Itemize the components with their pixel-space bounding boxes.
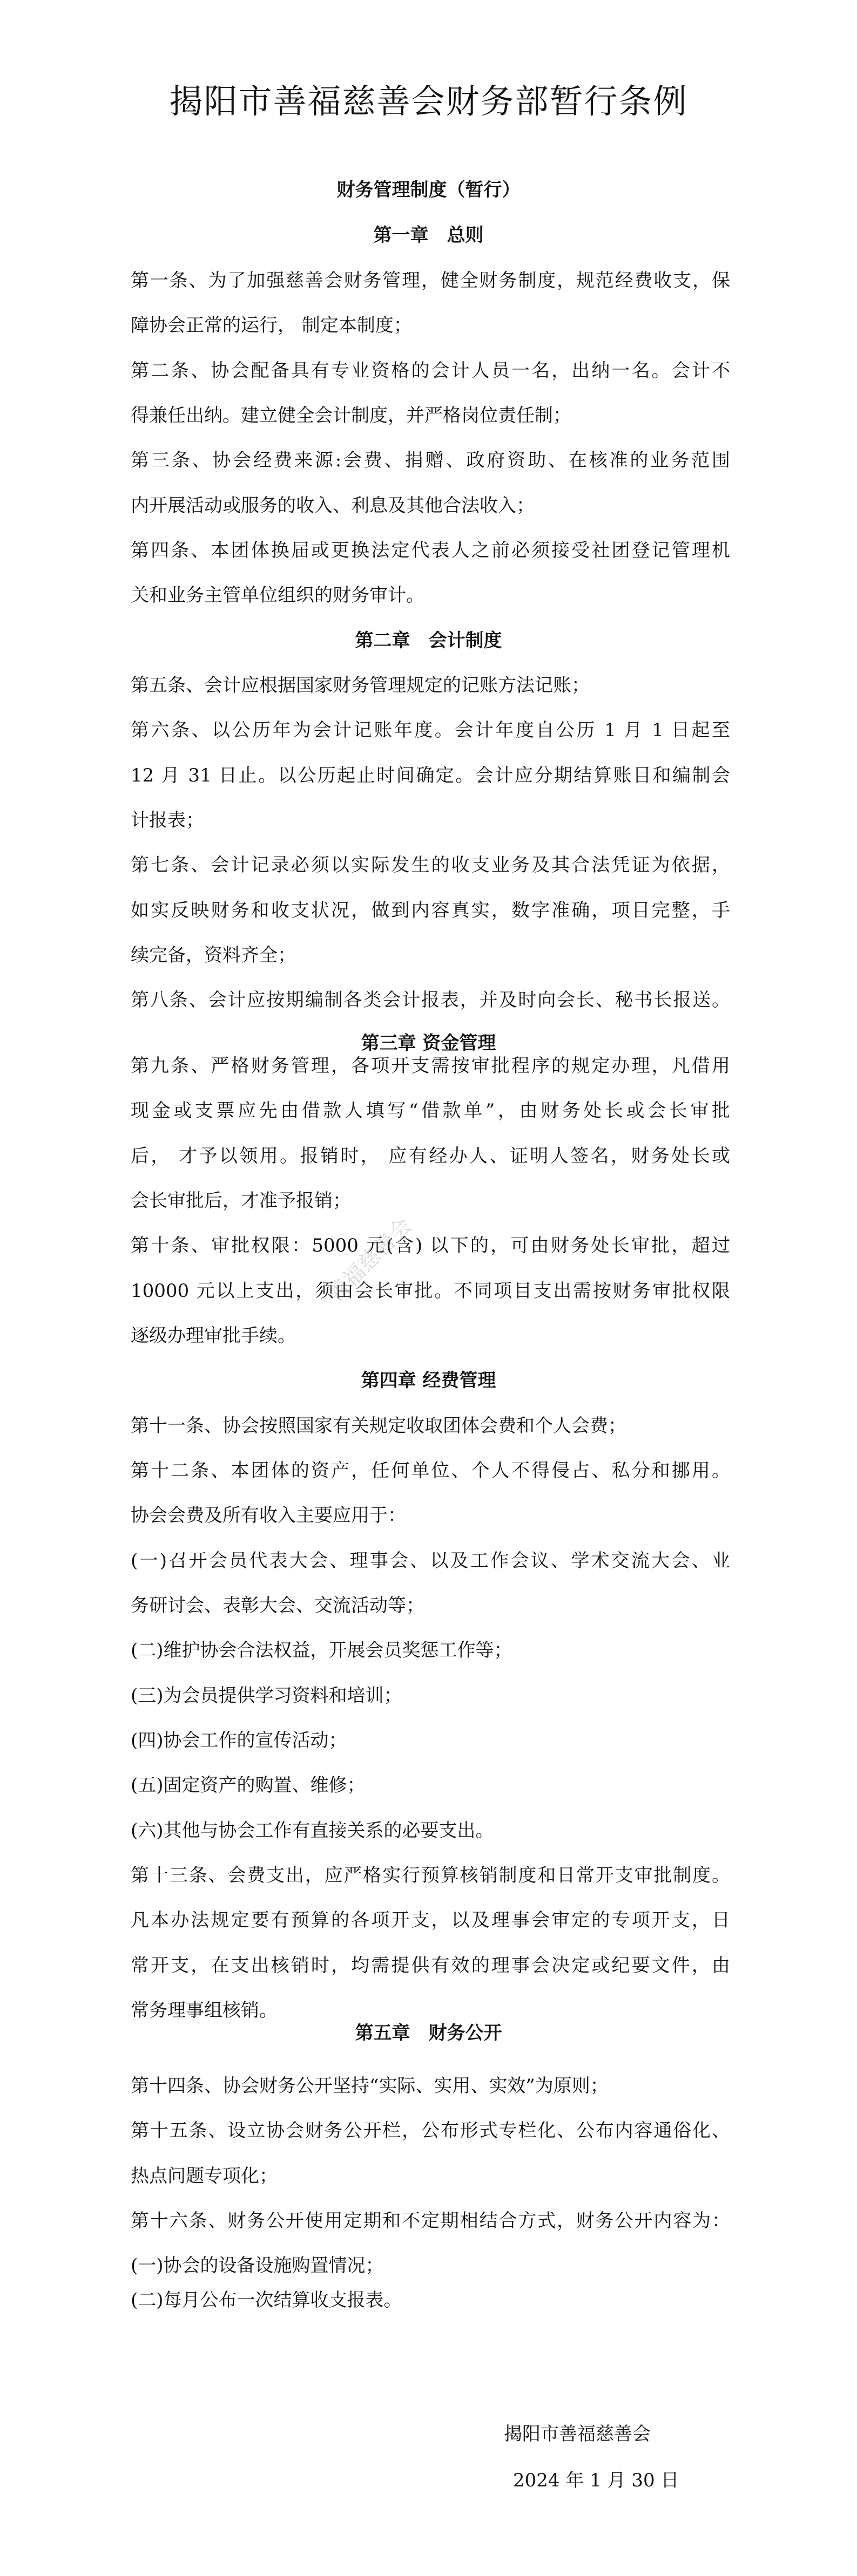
- article-14-line-1: 第十四条、协会财务公开坚持“实际、实用、实效”为原则；: [131, 2074, 730, 2098]
- article-13-line-2: 凡本办法规定要有预算的各项开支，以及理事会审定的专项开支，日: [131, 1908, 730, 1932]
- chapter-1-heading: 第一章 总则: [0, 223, 857, 247]
- article-3-line-1: 第三条、协会经费来源:会费、捐赠、政府资助、在核准的业务范围: [131, 448, 730, 472]
- usage-item-1-line-2: 务研讨会、表彰大会、交流活动等；: [131, 1594, 730, 1617]
- article-13-line-3: 常开支，在支出核销时，均需提供有效的理事会决定或纪要文件，由: [131, 1954, 730, 1977]
- article-6-line-3: 计报表；: [131, 808, 730, 832]
- article-13-line-4: 常务理事组核销。: [131, 1999, 730, 2022]
- article-13-line-1: 第十三条、会费支出，应严格实行预算核销制度和日常开支审批制度。: [131, 1864, 730, 1887]
- article-9-line-1: 第九条、严格财务管理，各项开支需按审批程序的规定办理，凡借用: [131, 1054, 730, 1078]
- article-12-line-1: 第十二条、本团体的资产，任何单位、个人不得侵占、私分和挪用。: [131, 1459, 730, 1483]
- document-subtitle: 财务管理制度（暂行）: [0, 178, 857, 202]
- article-11-line-1: 第十一条、协会按照国家有关规定收取团体会费和个人会费；: [131, 1414, 730, 1438]
- article-10-line-1: 第十条、审批权限：5000 元(含) 以下的，可由财务处长审批，超过: [131, 1234, 730, 1258]
- article-15-line-1: 第十五条、设立协会财务公开栏，公布形式专栏化、公布内容通俗化、: [131, 2119, 730, 2143]
- article-9-line-4: 会长审批后，才准予报销；: [131, 1189, 730, 1213]
- article-3-line-2: 内开展活动或服务的收入、利息及其他合法收入；: [131, 494, 730, 518]
- document-title: 揭阳市善福慈善会财务部暂行条例: [0, 81, 857, 122]
- article-7-line-1: 第七条、会计记录必须以实际发生的收支业务及其合法凭证为依据，: [131, 853, 730, 877]
- article-16-line-1: 第十六条、财务公开使用定期和不定期相结合方式，财务公开内容为：: [131, 2209, 730, 2233]
- usage-item-6: (六)其他与协会工作有直接关系的必要支出。: [131, 1819, 730, 1843]
- article-4-line-2: 关和业务主管单位组织的财务审计。: [131, 583, 730, 607]
- article-10-line-2: 10000 元以上支出，须由会长审批。不同项目支出需按财务审批权限: [131, 1279, 730, 1303]
- usage-item-2: (二)维护协会合法权益，开展会员奖惩工作等；: [131, 1639, 730, 1662]
- chapter-5-heading: 第五章 财务公开: [0, 2021, 857, 2045]
- article-1-line-2: 障协会正常的运行， 制定本制度；: [131, 314, 730, 337]
- chapter-4-heading: 第四章 经费管理: [0, 1369, 857, 1392]
- article-15-line-2: 热点问题专项化；: [131, 2164, 730, 2188]
- article-9-line-2: 现金或支票应先由借款人填写“借款单”，由财务处长或会长审批: [131, 1099, 730, 1123]
- document-page: 揭阳市善福慈善会财务部暂行条例 财务管理制度（暂行） 第一章 总则 第一条、为了…: [0, 0, 857, 2576]
- signature-organization: 揭阳市善福慈善会: [504, 2422, 651, 2446]
- article-12-line-2: 协会会费及所有收入主要应用于：: [131, 1504, 730, 1527]
- article-7-line-2: 如实反映财务和收支状况，做到内容真实，数字准确，项目完整，手: [131, 899, 730, 922]
- article-10-line-3: 逐级办理审批手续。: [131, 1324, 730, 1348]
- disclosure-item-2: (二)每月公布一次结算收支报表。: [131, 2288, 730, 2312]
- article-1-line-1: 第一条、为了加强慈善会财务管理，健全财务制度，规范经费收支，保: [131, 269, 730, 293]
- usage-item-1-line-1: (一)召开会员代表大会、理事会、以及工作会议、学术交流大会、业: [131, 1549, 730, 1573]
- disclosure-item-1: (一)协会的设备设施购置情况；: [131, 2254, 730, 2278]
- article-2-line-2: 得兼任出纳。建立健全会计制度，并严格岗位责任制；: [131, 404, 730, 427]
- chapter-2-heading: 第二章 会计制度: [0, 629, 857, 653]
- article-9-line-3: 后， 才予以领用。报销时， 应有经办人、证明人签名，财务处长或: [131, 1144, 730, 1168]
- article-5-line-1: 第五条、会计应根据国家财务管理规定的记账方法记账；: [131, 674, 730, 697]
- article-2-line-1: 第二条、协会配备具有专业资格的会计人员一名，出纳一名。会计不: [131, 359, 730, 383]
- chapter-3-heading: 第三章 资金管理: [0, 1031, 857, 1055]
- article-4-line-1: 第四条、本团体换届或更换法定代表人之前必须接受社团登记管理机: [131, 539, 730, 562]
- article-6-line-2: 12 月 31 日止。以公历起止时间确定。会计应分期结算账目和编制会: [131, 764, 730, 787]
- article-6-line-1: 第六条、以公历年为会计记账年度。会计年度自公历 1 月 1 日起至: [131, 718, 730, 742]
- signature-date: 2024 年 1 月 30 日: [513, 2469, 679, 2492]
- article-8-line-1: 第八条、会计应按期编制各类会计报表，并及时向会长、秘书长报送。: [131, 988, 730, 1012]
- article-7-line-3: 续完备，资料齐全；: [131, 943, 730, 967]
- usage-item-3: (三)为会员提供学习资料和培训；: [131, 1684, 730, 1708]
- usage-item-5: (五)固定资产的购置、维修；: [131, 1773, 730, 1797]
- usage-item-4: (四)协会工作的宣传活动；: [131, 1729, 730, 1752]
